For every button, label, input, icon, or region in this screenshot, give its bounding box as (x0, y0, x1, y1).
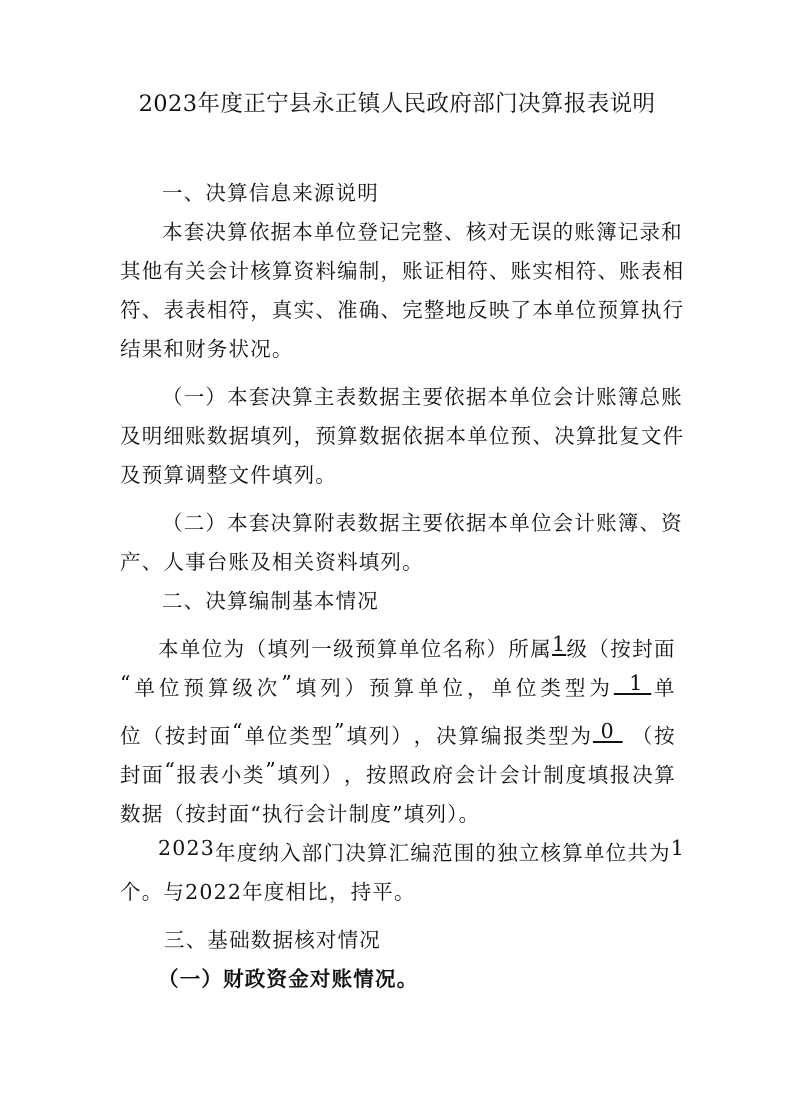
char: 单 (491, 671, 513, 701)
char: 单 (180, 632, 202, 662)
char: 和 (661, 215, 683, 245)
char: 真 (272, 293, 294, 323)
char: 据 (424, 419, 446, 449)
char: 为 (589, 671, 611, 701)
char: 面 (210, 719, 232, 749)
char: 行 (663, 293, 685, 323)
char: 位 (421, 632, 443, 662)
char: 单 (509, 380, 531, 410)
char: 计 (574, 380, 596, 410)
char: 数 (357, 506, 379, 536)
char: 本 (227, 506, 249, 536)
char: 主 (401, 506, 423, 536)
char: 文 (641, 419, 663, 449)
char: 封 (632, 632, 654, 662)
char: 总 (639, 380, 661, 410)
char: ） (205, 506, 227, 536)
char: 报 (503, 719, 525, 749)
char: 按 (165, 719, 187, 749)
char: 表 (199, 758, 221, 788)
char: 单 (134, 671, 156, 701)
char: 实 (294, 293, 316, 323)
char: 算 (227, 215, 249, 245)
char: 填 (250, 419, 272, 449)
char: 编 (337, 254, 359, 284)
char: 小 (221, 758, 243, 788)
char: 范 (432, 836, 454, 866)
char: 本 (158, 632, 180, 662)
char: 记 (618, 215, 640, 245)
char: 主 (401, 380, 423, 410)
char: 年 (215, 836, 237, 866)
char: 表 (163, 293, 185, 323)
char: 预 (355, 632, 377, 662)
char: 型 (565, 671, 587, 701)
char: 算 (562, 836, 584, 866)
char: 政 (410, 758, 432, 788)
char: 准 (337, 293, 359, 323)
char: 按 (654, 719, 676, 749)
char: 、 (532, 419, 554, 449)
char: 、 (380, 293, 402, 323)
char: 级 (232, 671, 254, 701)
char: 预 (183, 671, 205, 701)
char: ） (322, 758, 344, 788)
char: 2023 (158, 836, 215, 866)
char: 有 (163, 254, 185, 284)
char: 无 (509, 215, 531, 245)
char: 位 (159, 671, 181, 701)
char: 算 (272, 254, 294, 284)
char: 会 (499, 758, 521, 788)
char: 资 (661, 506, 683, 536)
char: 列 (320, 671, 342, 701)
char: 对 (488, 215, 510, 245)
char: 核 (250, 254, 272, 284)
paragraph-line: 产、人事台账及相关资料填列。 (120, 545, 676, 575)
char: 资 (294, 254, 316, 284)
char: 账 (574, 215, 596, 245)
char: 数 (357, 380, 379, 410)
char: 预 (597, 293, 619, 323)
char: ” (281, 671, 293, 701)
char: 整 (422, 215, 444, 245)
char: 及 (120, 419, 142, 449)
char: 单 (467, 419, 489, 449)
char: “ (232, 719, 244, 749)
char: 填 (267, 632, 289, 662)
char: 据 (379, 380, 401, 410)
char: 算 (208, 671, 230, 701)
paragraph-line: （一）本套决算主表数据主要依据本单位会计账簿总账 (162, 380, 676, 410)
char: 预 (369, 671, 391, 701)
char: 型 (312, 719, 334, 749)
paragraph-line: 个。与2022年度相比，持平。 (120, 875, 676, 905)
char: 面 (142, 758, 164, 788)
char: 明 (142, 419, 164, 449)
char: 位 (443, 671, 465, 701)
char: （ (162, 380, 184, 410)
char: 单 (509, 506, 531, 536)
char: 纳 (258, 836, 280, 866)
char: ” (334, 719, 346, 749)
char: 映 (489, 293, 511, 323)
char: 、 (315, 293, 337, 323)
char: 算 (292, 380, 314, 410)
paragraph-line: 本套决算依据本单位登记完整、核对无误的账簿记录和 (162, 215, 676, 245)
char: 级 (333, 632, 355, 662)
char: 本 (446, 419, 468, 449)
char: 本 (532, 293, 554, 323)
char: 据 (229, 419, 251, 449)
char: ） (391, 719, 413, 749)
char: 列 (289, 632, 311, 662)
char: 位 (576, 293, 598, 323)
char: 名 (443, 632, 465, 662)
char: 封 (120, 758, 142, 788)
char: 表 (641, 254, 663, 284)
char: 决 (271, 506, 293, 536)
char: 符 (120, 293, 142, 323)
char: 、 (444, 215, 466, 245)
char: 列 (272, 419, 294, 449)
char: 单 (554, 293, 576, 323)
paragraph-line: “单位预算级次”填列）预算单位，单位类型为 1 单 (120, 671, 676, 701)
char: 预 (511, 419, 533, 449)
char: 账 (511, 254, 533, 284)
char: 级 (566, 632, 588, 662)
char: 决 (345, 836, 367, 866)
char: 度 (237, 836, 259, 866)
char: 报 (610, 758, 632, 788)
char: 决 (271, 380, 293, 410)
paragraph-line: 及预算调整文件填列。 (120, 458, 676, 488)
char: 按 (610, 632, 632, 662)
char: 共 (627, 836, 649, 866)
char: 关 (185, 254, 207, 284)
char: 位 (531, 506, 553, 536)
char: 细 (163, 419, 185, 449)
char: 账 (185, 419, 207, 449)
char: 位 (120, 719, 142, 749)
paragraph-line: 结果和财务状况。 (120, 332, 676, 362)
char: 、 (142, 293, 164, 323)
char: 数 (207, 419, 229, 449)
char: “ (164, 758, 176, 788)
char: 算 (458, 719, 480, 749)
char: （ (246, 632, 268, 662)
char: 单 (244, 719, 266, 749)
char: 填 (346, 719, 368, 749)
char: 套 (184, 215, 206, 245)
char: 件 (663, 419, 685, 449)
char: 府 (433, 758, 455, 788)
char: （ (588, 632, 610, 662)
char: 汇 (389, 836, 411, 866)
char: 数 (359, 419, 381, 449)
char: 单 (584, 836, 606, 866)
char: 簿 (618, 506, 640, 536)
char: 地 (446, 293, 468, 323)
char: 位 (336, 215, 358, 245)
char: 位 (489, 419, 511, 449)
char: 决 (632, 758, 654, 788)
char: 会 (553, 380, 575, 410)
char: 簿 (596, 215, 618, 245)
char: 决 (205, 215, 227, 245)
char: 算 (367, 836, 389, 866)
char: 为 (224, 632, 246, 662)
char: 算 (377, 632, 399, 662)
char: 账 (596, 380, 618, 410)
char: 录 (639, 215, 661, 245)
paragraph-line: 符、表表相符，真实、准确、完整地反映了本单位预算执行 (120, 293, 676, 323)
char: 会 (455, 758, 477, 788)
char: 为 (571, 719, 593, 749)
filled-value: 0 (593, 719, 623, 749)
char: ） (345, 671, 367, 701)
char: 相 (663, 254, 685, 284)
char: 二 (184, 506, 206, 536)
char: 类 (243, 758, 265, 788)
char: 列 (300, 758, 322, 788)
char: 套 (249, 380, 271, 410)
char: （ (142, 719, 164, 749)
char: 单 (654, 671, 676, 701)
section-heading: 一、决算信息来源说明 (162, 176, 676, 206)
char: 按 (366, 758, 388, 788)
char: 主 (314, 380, 336, 410)
char: 符 (576, 254, 598, 284)
char: 1 (671, 836, 685, 866)
char: ， (250, 293, 272, 323)
char: 账 (596, 506, 618, 536)
char: 封 (187, 719, 209, 749)
char: 据 (380, 419, 402, 449)
char: 登 (357, 215, 379, 245)
char: ， (414, 719, 436, 749)
char: 类 (526, 719, 548, 749)
char: （ (162, 506, 184, 536)
char: ， (294, 419, 316, 449)
char: （ (632, 719, 654, 749)
char: 计 (521, 758, 543, 788)
char: 围 (454, 836, 476, 866)
char: 报 (177, 758, 199, 788)
char: 决 (554, 419, 576, 449)
char: 套 (249, 506, 271, 536)
char: 簿 (618, 380, 640, 410)
char: 他 (142, 254, 164, 284)
char: 一 (184, 380, 206, 410)
char: 立 (519, 836, 541, 866)
char: 相 (207, 293, 229, 323)
char: 属 (530, 632, 552, 662)
char: 门 (324, 836, 346, 866)
char: 整 (424, 293, 446, 323)
paragraph-line: 位（按封面“单位类型”填列），决算编报类型为 0 （按 (120, 719, 676, 749)
char: 实 (532, 254, 554, 284)
char: 完 (402, 293, 424, 323)
char: 符 (229, 293, 251, 323)
char: 本 (162, 215, 184, 245)
subsection-heading: （一）财政资金对账情况。 (158, 962, 676, 992)
char: 其 (120, 254, 142, 284)
document-title: 2023年度正宁县永正镇人民政府部门决算报表说明 (0, 86, 794, 118)
char: 单 (314, 215, 336, 245)
char: 列 (369, 719, 391, 749)
char: 符 (467, 254, 489, 284)
char: 核 (466, 215, 488, 245)
char: ） (486, 632, 508, 662)
char: 位 (531, 380, 553, 410)
char: 依 (402, 419, 424, 449)
paragraph-line: 封面“报表小类”填列），按照政府会计会计制度填报决算 (120, 758, 676, 788)
char: 单 (418, 671, 440, 701)
document-page: 2023年度正宁县永正镇人民政府部门决算报表说明 一、决算信息来源说明本套决算依… (0, 0, 794, 1108)
char: 算 (576, 419, 598, 449)
section-heading: 三、基础数据核对情况 (164, 923, 676, 953)
char: 依 (249, 215, 271, 245)
paragraph-line: （二）本套决算附表数据主要依据本单位会计账簿、资 (162, 506, 676, 536)
char: 表 (336, 506, 358, 536)
char: 核 (541, 836, 563, 866)
char: 批 (597, 419, 619, 449)
char: 位 (606, 836, 628, 866)
char: 填 (588, 758, 610, 788)
char: 位 (202, 632, 224, 662)
char: 反 (467, 293, 489, 323)
char: 算 (654, 758, 676, 788)
char: 相 (446, 254, 468, 284)
char: 位 (516, 671, 538, 701)
char: 本 (292, 215, 314, 245)
char: 、 (639, 506, 661, 536)
char: 一 (311, 632, 333, 662)
char: 独 (497, 836, 519, 866)
char: 据 (466, 380, 488, 410)
char: 算 (337, 419, 359, 449)
char: 相 (554, 254, 576, 284)
char: 制 (543, 758, 565, 788)
char: 计 (477, 758, 499, 788)
char: 填 (296, 671, 318, 701)
char: “ (120, 671, 132, 701)
char: 了 (511, 293, 533, 323)
char: 完 (401, 215, 423, 245)
char: 计 (574, 506, 596, 536)
char: 计 (229, 254, 251, 284)
char: 表 (185, 293, 207, 323)
char: 决 (436, 719, 458, 749)
char: 记 (379, 215, 401, 245)
char: 确 (359, 293, 381, 323)
char: 编 (410, 836, 432, 866)
char: 本 (227, 380, 249, 410)
char: 为 (649, 836, 671, 866)
char: 度 (566, 758, 588, 788)
paragraph-line: 数据（按封面“执行会计制度”填列）。 (120, 797, 676, 827)
char: 所 (508, 632, 530, 662)
filled-value: 1 (552, 632, 566, 662)
char: 本 (488, 506, 510, 536)
char: 照 (388, 758, 410, 788)
filled-value: 1 (614, 671, 651, 701)
char: 制 (359, 254, 381, 284)
char: 附 (314, 506, 336, 536)
char (623, 719, 631, 749)
char: 会 (553, 506, 575, 536)
char: 、 (489, 254, 511, 284)
char: 面 (654, 632, 676, 662)
char: 账 (402, 254, 424, 284)
char: 依 (444, 506, 466, 536)
char: 部 (302, 836, 324, 866)
char: 依 (444, 380, 466, 410)
char: 入 (280, 836, 302, 866)
paragraph-line: 本单位为（填列一级预算单位名称）所属1级（按封面 (158, 632, 676, 662)
char: 预 (315, 419, 337, 449)
char: 位 (267, 719, 289, 749)
char: 编 (481, 719, 503, 749)
char: 误 (531, 215, 553, 245)
char: 型 (548, 719, 570, 749)
char: 类 (540, 671, 562, 701)
char: 执 (641, 293, 663, 323)
char: ） (205, 380, 227, 410)
char: 类 (289, 719, 311, 749)
char: 次 (257, 671, 279, 701)
char: 要 (422, 506, 444, 536)
char: 、 (597, 254, 619, 284)
char: 据 (379, 506, 401, 536)
paragraph-line: 其他有关会计核算资料编制，账证相符、账实相符、账表相 (120, 254, 676, 284)
char: 据 (466, 506, 488, 536)
char: 要 (422, 380, 444, 410)
char: 复 (619, 419, 641, 449)
char: 的 (553, 215, 575, 245)
section-heading: 二、决算编制基本情况 (162, 584, 676, 614)
char: ， (380, 254, 402, 284)
char: ” (265, 758, 277, 788)
char: ， (467, 671, 489, 701)
char: 称 (464, 632, 486, 662)
char: 算 (394, 671, 416, 701)
char: 算 (292, 506, 314, 536)
char: 本 (488, 380, 510, 410)
paragraph-line: 2023年度纳入部门决算汇编范围的独立核算单位共为1 (158, 836, 676, 866)
char: 账 (661, 380, 683, 410)
char: 据 (271, 215, 293, 245)
char: 算 (619, 293, 641, 323)
char: 证 (424, 254, 446, 284)
char: 表 (336, 380, 358, 410)
char: 账 (619, 254, 641, 284)
char: 会 (207, 254, 229, 284)
char: 的 (475, 836, 497, 866)
char: ， (344, 758, 366, 788)
char: 料 (315, 254, 337, 284)
char: 单 (399, 632, 421, 662)
char: 填 (277, 758, 299, 788)
paragraph-line: 及明细账数据填列，预算数据依据本单位预、决算批复文件 (120, 419, 676, 449)
